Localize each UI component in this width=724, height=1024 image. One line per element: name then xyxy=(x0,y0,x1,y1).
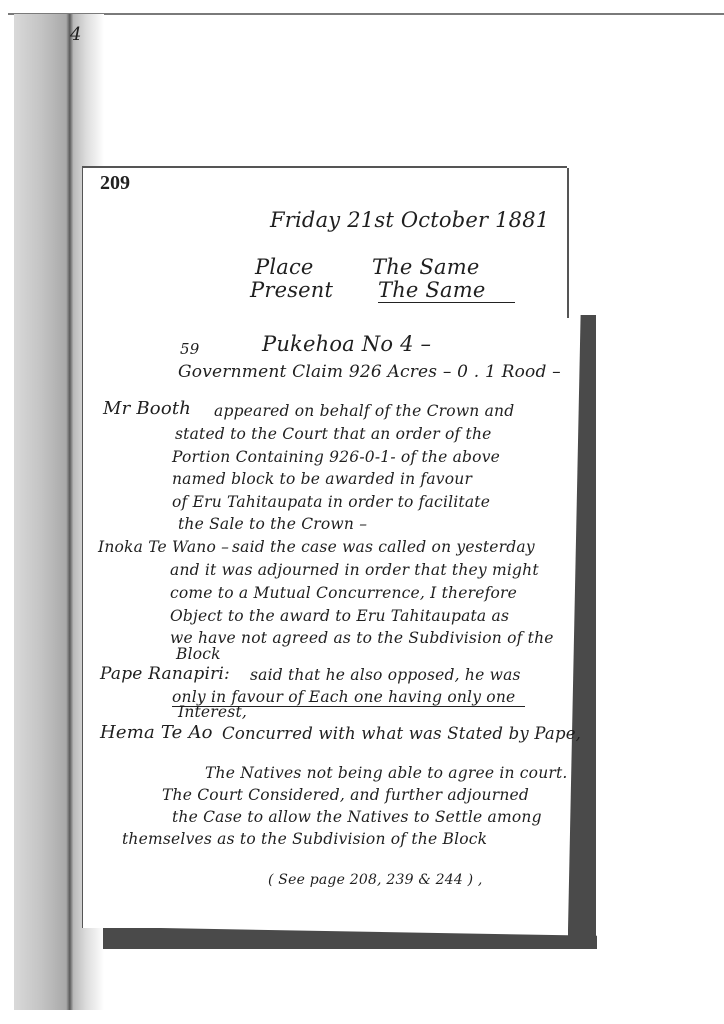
decision-line: The Court Considered, and further adjour… xyxy=(162,786,529,804)
decision-line: the Case to allow the Natives to Settle … xyxy=(172,808,542,826)
present-label: Present xyxy=(250,278,333,302)
scan-top-edge xyxy=(8,13,724,15)
speaker-name: Inoka Te Wano – xyxy=(98,538,229,556)
page-shadow-right xyxy=(568,315,596,949)
statement-line: we have not agreed as to the Subdivision… xyxy=(170,629,554,647)
place-value: The Same xyxy=(372,255,479,279)
statement-line: said that he also opposed, he was xyxy=(250,666,521,684)
speaker-name: Pape Ranapiri: xyxy=(100,664,230,684)
statement-line: Interest, xyxy=(178,703,247,721)
decision-line: The Natives not being able to agree in c… xyxy=(205,764,568,782)
page-shadow-bottom xyxy=(103,927,597,949)
statement-line: Concurred with what was Stated by Pape, xyxy=(222,724,581,743)
statement-line: stated to the Court that an order of the xyxy=(175,425,492,443)
speaker-name: Hema Te Ao xyxy=(100,722,213,743)
cross-reference: ( See page 208, 239 & 244 ) , xyxy=(268,872,483,888)
statement-line: come to a Mutual Concurrence, I therefor… xyxy=(170,584,517,602)
statement-line: Portion Containing 926-0-1- of the above xyxy=(172,448,500,466)
statement-line: Object to the award to Eru Tahitaupata a… xyxy=(170,607,509,625)
case-number: 59 xyxy=(180,340,200,358)
case-subtitle: Government Claim 926 Acres – 0 . 1 Rood … xyxy=(178,362,561,382)
case-title: Pukehoa No 4 – xyxy=(262,332,431,356)
meeting-date: Friday 21st October 1881 xyxy=(270,208,549,232)
decision-line: themselves as to the Subdivision of the … xyxy=(122,830,487,848)
statement-line: appeared on behalf of the Crown and xyxy=(214,402,514,420)
gutter-mark: 4 xyxy=(70,24,82,45)
statement-line: Block xyxy=(176,645,221,663)
present-value: The Same xyxy=(378,278,515,303)
statement-line: named block to be awarded in favour xyxy=(172,470,472,488)
statement-line: said the case was called on yesterday xyxy=(232,538,535,556)
place-label: Place xyxy=(255,255,314,279)
statement-line: and it was adjourned in order that they … xyxy=(170,561,539,579)
statement-line: the Sale to the Crown – xyxy=(178,515,367,533)
statement-line: of Eru Tahitaupata in order to facilitat… xyxy=(172,493,490,511)
page-number: 209 xyxy=(100,172,130,195)
speaker-name: Mr Booth xyxy=(103,398,191,419)
